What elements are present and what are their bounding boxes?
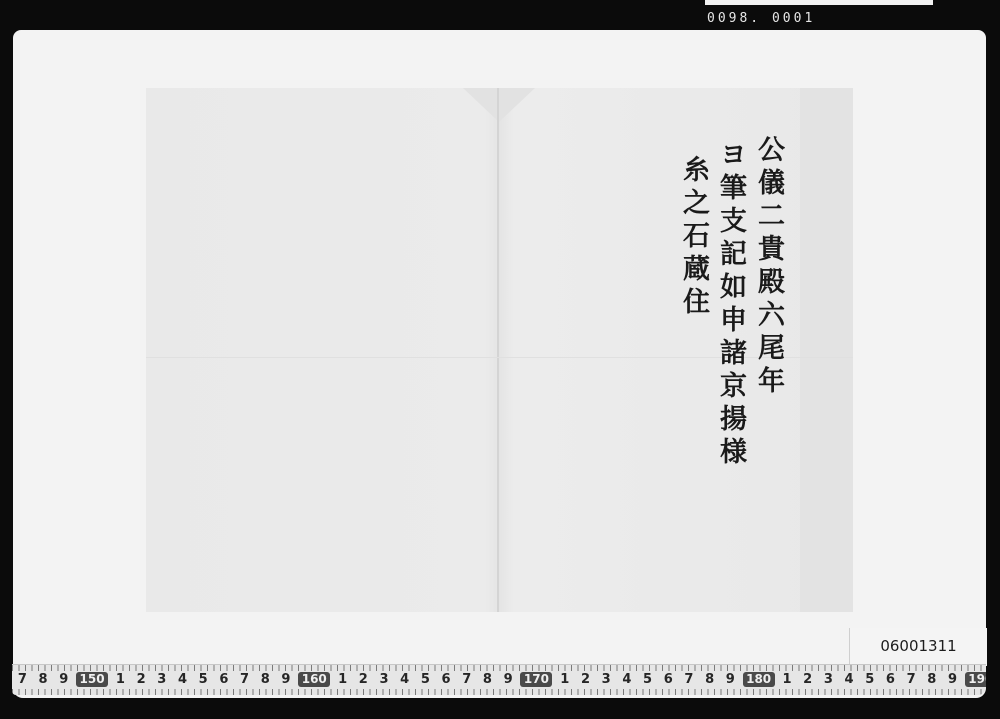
ruler-label: 4 [172, 672, 193, 687]
ruler-label: 190 [965, 672, 986, 687]
ruler-label: 5 [859, 672, 880, 687]
ruler-label: 2 [353, 672, 374, 687]
ruler-label: 8 [33, 672, 54, 687]
ruler-label: 5 [637, 672, 658, 687]
ruler-label: 7 [901, 672, 922, 687]
ruler-label: 4 [394, 672, 415, 687]
ruler-label: 9 [276, 672, 297, 687]
ruler-label: 3 [374, 672, 395, 687]
ruler-label: 3 [596, 672, 617, 687]
ruler-label: 180 [743, 672, 775, 687]
ruler-label: 3 [151, 672, 172, 687]
ruler-label: 7 [679, 672, 700, 687]
ruler-label: 5 [193, 672, 214, 687]
fold-notch [463, 88, 535, 122]
ruler-label: 7 [12, 672, 33, 687]
calligraphy-column-2: ヨ筆支記如申諸京揚様 [717, 140, 744, 470]
calligraphy-text: 公儀二貴殿六尾年 ヨ筆支記如申諸京揚様 糸之石蔵住 [680, 135, 790, 515]
ruler-label: 4 [617, 672, 638, 687]
ruler-label: 160 [298, 672, 330, 687]
measurement-ruler: 7891501234567891601234567891701234567891… [12, 664, 986, 695]
ruler-label: 4 [839, 672, 860, 687]
ruler-label: 2 [131, 672, 152, 687]
ruler-label: 8 [255, 672, 276, 687]
ruler-label: 8 [477, 672, 498, 687]
vertical-fold-line [497, 88, 499, 612]
ruler-label: 9 [942, 672, 963, 687]
ruler-label: 3 [818, 672, 839, 687]
ruler-label: 1 [332, 672, 353, 687]
ruler-label: 9 [498, 672, 519, 687]
ruler-label: 6 [436, 672, 457, 687]
ruler-ticks-bottom [12, 689, 986, 695]
ruler-label: 5 [415, 672, 436, 687]
ruler-ticks-top [12, 665, 986, 671]
ruler-label: 150 [76, 672, 108, 687]
ruler-label: 170 [520, 672, 552, 687]
ruler-label: 7 [456, 672, 477, 687]
ruler-label: 8 [699, 672, 720, 687]
ruler-numbers: 7891501234567891601234567891701234567891… [12, 672, 986, 687]
ruler-label: 2 [575, 672, 596, 687]
paper-right-flap [800, 88, 853, 612]
ruler-label: 1 [777, 672, 798, 687]
calligraphy-column-3: 糸之石蔵住 [680, 155, 707, 320]
ruler-label: 1 [110, 672, 131, 687]
ruler-label: 1 [554, 672, 575, 687]
ruler-label: 8 [921, 672, 942, 687]
ruler-label: 2 [797, 672, 818, 687]
ruler-label: 6 [214, 672, 235, 687]
ruler-label: 7 [234, 672, 255, 687]
ruler-label: 6 [658, 672, 679, 687]
ruler-label: 6 [880, 672, 901, 687]
film-frame-id: 0098. 0001 [707, 11, 815, 26]
calligraphy-column-1: 公儀二貴殿六尾年 [755, 135, 782, 399]
ruler-label: 9 [53, 672, 74, 687]
film-top-strip [705, 0, 933, 5]
reference-number-label: 06001311 [849, 628, 987, 666]
ruler-label: 9 [720, 672, 741, 687]
